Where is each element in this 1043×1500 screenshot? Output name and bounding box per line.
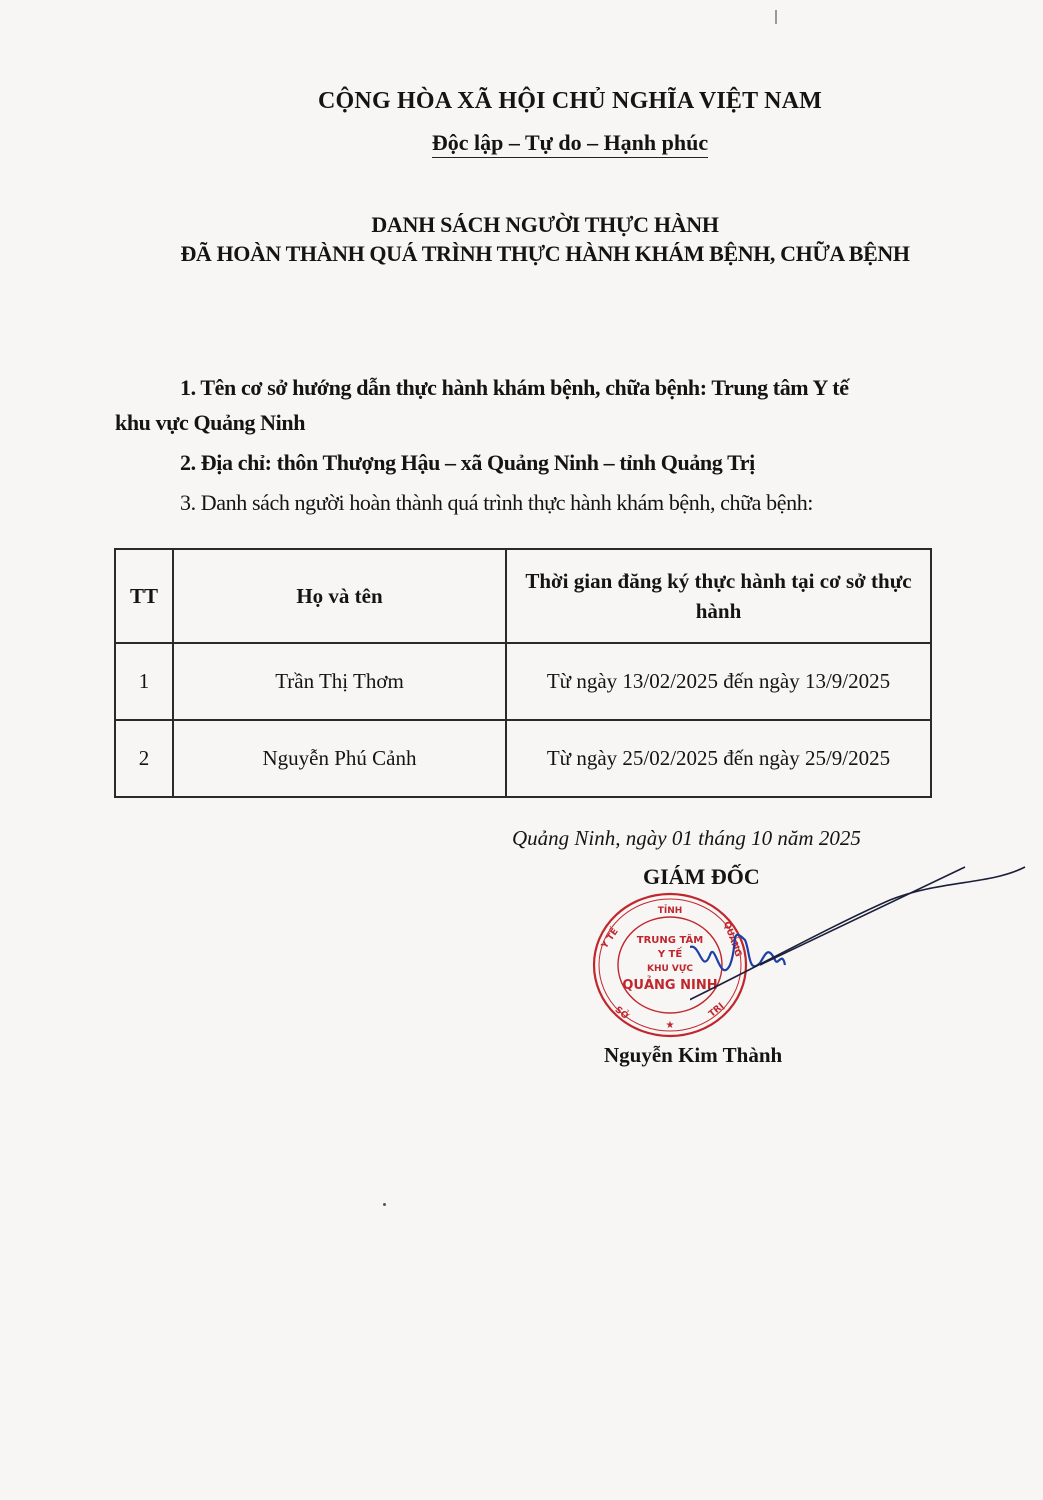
practitioner-table: TT Họ và tên Thời gian đăng ký thực hành…: [114, 548, 932, 798]
row-period: Từ ngày 25/02/2025 đến ngày 25/9/2025: [506, 720, 931, 797]
item1-facility-name: 1. Tên cơ sở hướng dẫn thực hành khám bệ…: [180, 375, 849, 401]
item2-address: 2. Địa chỉ: thôn Thượng Hậu – xã Quảng N…: [180, 450, 755, 476]
national-title: CỘNG HÒA XÃ HỘI CHỦ NGHĨA VIỆT NAM: [0, 88, 1043, 115]
header-name: Họ và tên: [173, 549, 506, 643]
item1-facility-name-cont: khu vực Quảng Ninh: [115, 410, 305, 436]
motto-text: Độc lập – Tự do – Hạnh phúc: [432, 130, 708, 158]
signer-name: Nguyễn Kim Thành: [604, 1043, 782, 1068]
stamp-ring-top: TỈNH: [658, 904, 683, 916]
table-header-row: TT Họ và tên Thời gian đăng ký thực hành…: [115, 549, 931, 643]
document-title-line1: DANH SÁCH NGƯỜI THỰC HÀNH: [0, 212, 1043, 238]
table-row: 2 Nguyễn Phú Cảnh Từ ngày 25/02/2025 đến…: [115, 720, 931, 797]
svg-text:★: ★: [666, 1020, 675, 1031]
document-title-line2: ĐÃ HOÀN THÀNH QUÁ TRÌNH THỰC HÀNH KHÁM B…: [0, 241, 1043, 267]
table-row: 1 Trần Thị Thơm Từ ngày 13/02/2025 đến n…: [115, 643, 931, 720]
national-motto: Độc lập – Tự do – Hạnh phúc: [0, 130, 1043, 156]
stamp-center-2: Y TẾ: [657, 945, 683, 960]
header-tt: TT: [115, 549, 173, 643]
stamp-center-3: KHU VỰC: [647, 964, 693, 974]
header-period: Thời gian đăng ký thực hành tại cơ sở th…: [506, 549, 931, 643]
place-and-date: Quảng Ninh, ngày 01 tháng 10 năm 2025: [512, 826, 861, 851]
row-tt: 2: [115, 720, 173, 797]
row-name: Trần Thị Thơm: [173, 643, 506, 720]
row-period: Từ ngày 13/02/2025 đến ngày 13/9/2025: [506, 643, 931, 720]
row-tt: 1: [115, 643, 173, 720]
item3-list-intro: 3. Danh sách người hoàn thành quá trình …: [180, 490, 813, 516]
scan-dot: [383, 1203, 386, 1206]
document-page: CỘNG HÒA XÃ HỘI CHỦ NGHĨA VIỆT NAM Độc l…: [0, 0, 1043, 1500]
signature-icon: [690, 855, 1040, 1055]
scan-mark: [775, 10, 777, 24]
row-name: Nguyễn Phú Cảnh: [173, 720, 506, 797]
